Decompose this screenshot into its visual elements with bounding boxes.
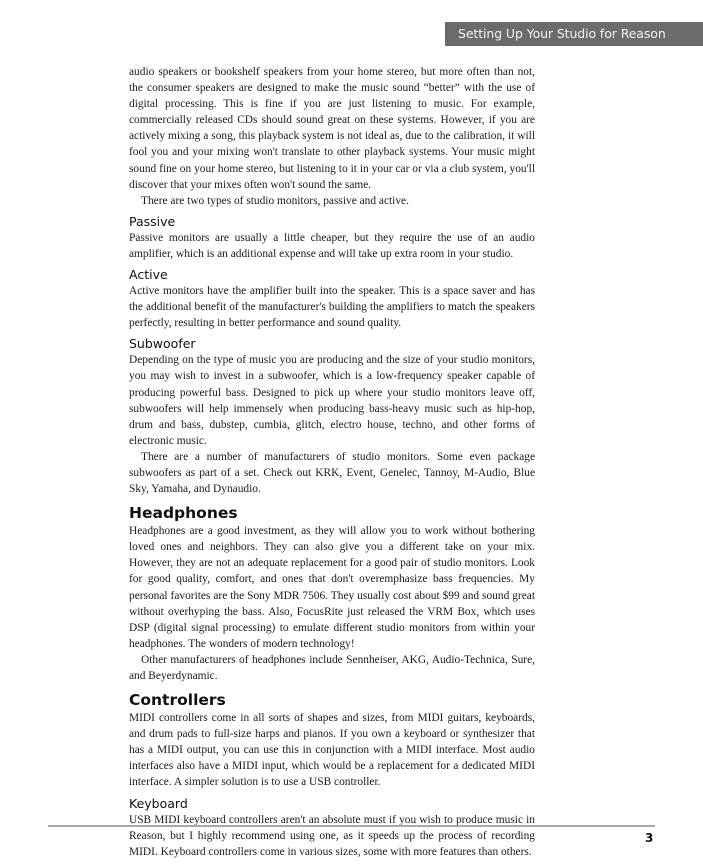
intro-paragraph: audio speakers or bookshelf speakers fro… <box>129 64 535 193</box>
headphones-paragraph: Other manufacturers of headphones includ… <box>129 652 535 684</box>
subheading-passive: Passive <box>129 214 535 230</box>
section-heading-controllers: Controllers <box>129 691 535 710</box>
footer-divider <box>48 825 655 827</box>
page-body: audio speakers or bookshelf speakers fro… <box>129 64 535 860</box>
subwoofer-paragraph: There are a number of manufacturers of s… <box>129 449 535 497</box>
section-heading-headphones: Headphones <box>129 504 535 523</box>
intro-paragraph: There are two types of studio monitors, … <box>129 193 535 209</box>
page-number: 3 <box>645 831 653 845</box>
headphones-paragraph: Headphones are a good investment, as the… <box>129 523 535 652</box>
running-head-title: Setting Up Your Studio for Reason <box>445 22 703 46</box>
subheading-keyboard: Keyboard <box>129 796 535 812</box>
subwoofer-paragraph: Depending on the type of music you are p… <box>129 352 535 449</box>
active-paragraph: Active monitors have the amplifier built… <box>129 283 535 331</box>
controllers-paragraph: MIDI controllers come in all sorts of sh… <box>129 710 535 790</box>
subheading-active: Active <box>129 267 535 283</box>
passive-paragraph: Passive monitors are usually a little ch… <box>129 230 535 262</box>
keyboard-paragraph: USB MIDI keyboard controllers aren't an … <box>129 812 535 860</box>
subheading-subwoofer: Subwoofer <box>129 336 535 352</box>
